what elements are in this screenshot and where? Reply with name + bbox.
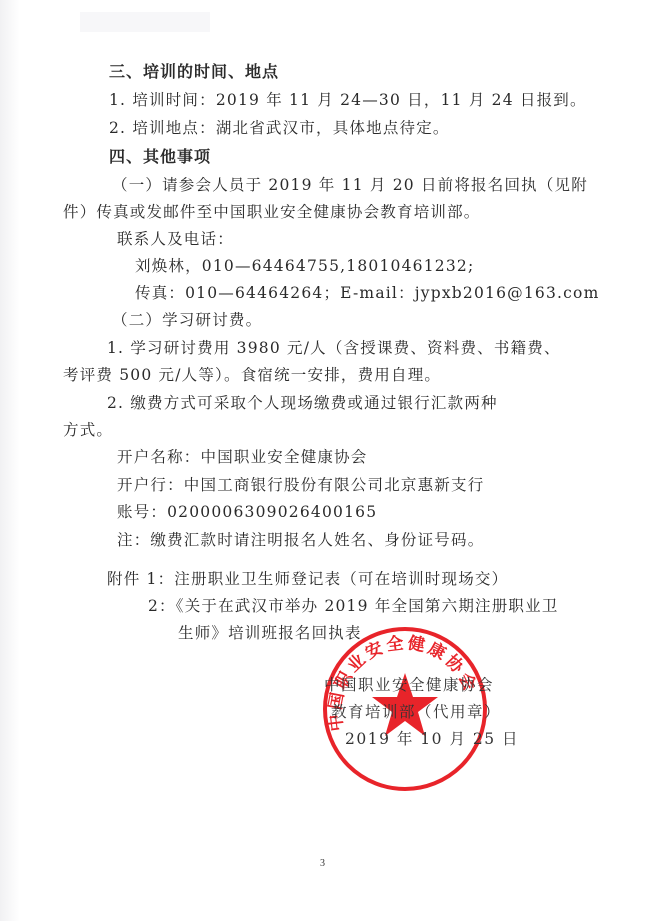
payment-line-2: 方式。 (63, 420, 113, 440)
section-4-heading: 四、其他事项 (109, 147, 211, 167)
fee-line-2: 考评费 500 元/人等）。食宿统一安排，费用自理。 (63, 365, 441, 385)
payment-note: 注：缴费汇款时请注明报名人姓名、身份证号码。 (117, 530, 484, 550)
scan-shadow (0, 0, 20, 921)
contact-person: 刘焕林，010—64464755,18010461232; (135, 256, 474, 276)
page-number: 3 (320, 858, 325, 869)
signature-org: 中国职业安全健康协会 (324, 675, 494, 695)
training-location: 2. 培训地点：湖北省武汉市，具体地点待定。 (109, 118, 450, 138)
signature-dept: 教育培训部（代用章） (331, 702, 501, 722)
registration-line-1: （一）请参会人员于 2019 年 11 月 20 日前将报名回执（见附 (112, 175, 588, 195)
attachment-1: 附件 1：注册职业卫生师登记表（可在培训时现场交） (107, 569, 508, 589)
fax-email: 传真：010—64464264；E-mail：jypxb2016@163.com (135, 283, 600, 303)
attachment-2-line-1: 2：《关于在武汉市举办 2019 年全国第六期注册职业卫 (148, 596, 559, 616)
payment-line-1: 2. 缴费方式可采取个人现场缴费或通过银行汇款两种 (107, 393, 498, 413)
section-3-heading: 三、培训的时间、地点 (109, 62, 279, 82)
scan-smudge (80, 12, 210, 32)
account-name: 开户名称：中国职业安全健康协会 (117, 447, 368, 467)
bank-name: 开户行：中国工商银行股份有限公司北京惠新支行 (117, 475, 484, 495)
contact-label: 联系人及电话： (117, 229, 234, 249)
signature-date: 2019 年 10 月 25 日 (345, 729, 519, 749)
fee-line-1: 1. 学习研讨费用 3980 元/人（含授课费、资料费、书籍费、 (107, 338, 561, 358)
registration-line-2: 件）传真或发邮件至中国职业安全健康协会教育培训部。 (63, 202, 481, 222)
attachment-2-line-2: 生师》培训班报名回执表 (178, 623, 362, 643)
account-number: 账号：0200006309026400165 (117, 502, 377, 522)
fee-heading: （二）学习研讨费。 (112, 310, 262, 330)
training-time: 1. 培训时间：2019 年 11 月 24—30 日，11 月 24 日报到。 (109, 90, 587, 110)
